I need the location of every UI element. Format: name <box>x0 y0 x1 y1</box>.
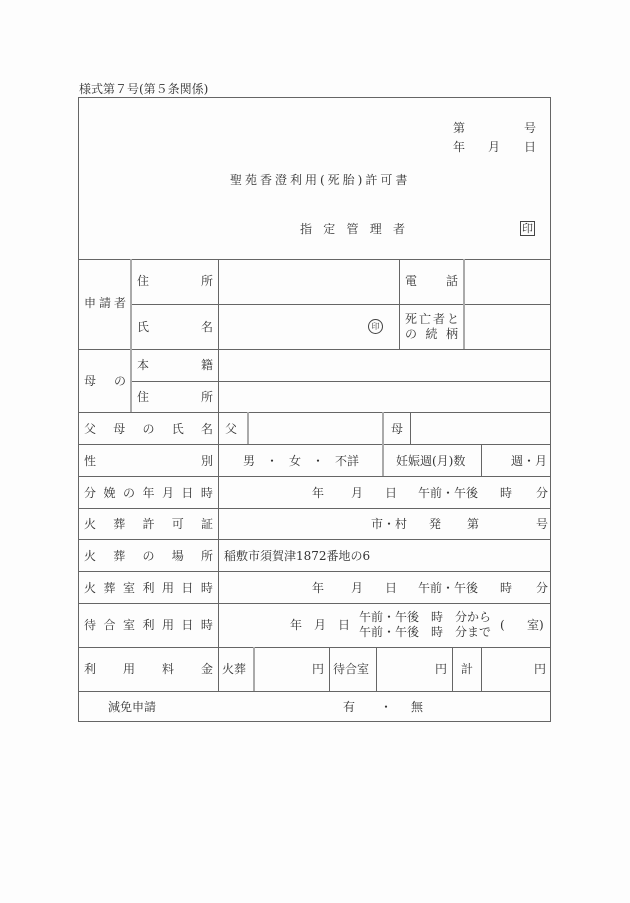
divider <box>78 412 551 413</box>
divider <box>410 412 411 444</box>
waiting-room-to[interactable]: 午前・午後 時 分まで <box>359 625 491 639</box>
applicant-phone-field[interactable] <box>467 262 549 302</box>
divider <box>452 647 453 691</box>
relation-field[interactable] <box>467 307 549 347</box>
divider <box>130 259 132 412</box>
sex-option-female[interactable]: 女 <box>289 454 301 468</box>
relation-label-line1: 死亡者と <box>405 312 461 326</box>
exemption-label: 減免申請 <box>108 700 156 714</box>
divider <box>78 603 551 604</box>
exemption-no[interactable]: 無 <box>411 700 423 714</box>
issuer-label: 指定管理者 <box>300 222 405 236</box>
fee-cremation-label: 火葬 <box>222 662 246 676</box>
permit-city-village[interactable]: 市・村 <box>371 517 407 531</box>
gestation-unit[interactable]: 週・月 <box>511 454 547 468</box>
divider <box>399 259 400 349</box>
cremation-room-datetime-label: 火葬室利用日時 <box>84 581 213 595</box>
applicant-address-label: 住所 <box>137 274 213 288</box>
applicant-name-field[interactable] <box>222 307 362 347</box>
applicant-address-field[interactable] <box>222 262 396 302</box>
applicant-seal-mark: 印 <box>368 319 383 334</box>
divider <box>131 381 551 382</box>
divider <box>253 647 255 691</box>
sex-label: 性別 <box>84 454 213 468</box>
fees-label: 利用料金 <box>84 662 213 676</box>
divider <box>463 259 465 349</box>
divider <box>376 647 377 691</box>
waiting-room-month[interactable]: 月 <box>314 618 326 632</box>
cremation-place-value: 稲敷市須賀津1872番地の6 <box>224 549 370 563</box>
cremation-room-year[interactable]: 年 <box>312 581 324 595</box>
delivery-month[interactable]: 月 <box>351 486 363 500</box>
sex-option-unknown[interactable]: 不詳 <box>335 454 359 468</box>
date-year: 年 <box>453 140 465 154</box>
permit-issued: 発 <box>429 517 441 531</box>
divider <box>78 259 551 260</box>
cremation-room-day[interactable]: 日 <box>385 581 397 595</box>
sex-option-male[interactable]: 男 <box>243 454 255 468</box>
cremation-room-ampm[interactable]: 午前・午後 <box>418 581 478 595</box>
cremation-permit-label: 火葬許可証 <box>84 517 213 531</box>
number-prefix: 第 <box>453 121 465 135</box>
divider <box>78 539 551 540</box>
gestation-label: 妊娠週(月)数 <box>396 454 465 468</box>
fee-waiting-room-field[interactable]: 円 <box>379 662 447 676</box>
delivery-year[interactable]: 年 <box>312 486 324 500</box>
delivery-minute[interactable]: 分 <box>536 486 548 500</box>
mother-domicile-field[interactable] <box>222 351 549 379</box>
divider <box>481 444 482 476</box>
divider <box>218 259 219 691</box>
mother-label: 母 <box>391 422 403 436</box>
divider <box>78 508 551 509</box>
cremation-room-month[interactable]: 月 <box>351 581 363 595</box>
waiting-room-year[interactable]: 年 <box>290 618 302 632</box>
delivery-hour[interactable]: 時 <box>500 486 512 500</box>
waiting-room-day[interactable]: 日 <box>338 618 350 632</box>
document-title: 聖苑香澄利用(死胎)許可書 <box>230 173 410 187</box>
fee-total-field[interactable]: 円 <box>484 662 546 676</box>
mother-group-label: 母の <box>84 374 126 388</box>
applicant-phone-label: 電話 <box>405 274 458 288</box>
applicant-name-label: 氏名 <box>137 320 213 334</box>
divider <box>131 304 551 305</box>
mother-name-field[interactable] <box>413 414 549 442</box>
divider <box>247 412 249 444</box>
cremation-room-hour[interactable]: 時 <box>500 581 512 595</box>
cremation-place-label: 火葬の場所 <box>84 549 213 563</box>
fee-cremation-field[interactable]: 円 <box>256 662 324 676</box>
father-label: 父 <box>225 422 237 436</box>
divider <box>382 412 384 476</box>
date-day: 日 <box>524 140 536 154</box>
waiting-room-datetime-label: 待合室利用日時 <box>84 618 213 632</box>
exemption-separator: ・ <box>380 700 392 714</box>
cremation-room-minute[interactable]: 分 <box>536 581 548 595</box>
mother-address-label: 住所 <box>137 390 213 404</box>
applicant-group-label: 申請者 <box>84 296 129 310</box>
permit-number-suffix: 号 <box>536 517 548 531</box>
permit-number-prefix: 第 <box>467 517 479 531</box>
date-month: 月 <box>488 140 500 154</box>
mother-domicile-label: 本籍 <box>137 358 213 372</box>
divider <box>78 349 551 350</box>
waiting-room-number-open: ( <box>500 618 505 632</box>
mother-address-field[interactable] <box>222 383 549 410</box>
waiting-room-from[interactable]: 午前・午後 時 分から <box>359 610 491 624</box>
relation-label-line2: の続柄 <box>405 327 458 341</box>
official-seal-mark: 印 <box>520 221 535 236</box>
divider <box>481 647 482 691</box>
waiting-room-number-close[interactable]: 室) <box>527 618 544 632</box>
exemption-yes[interactable]: 有 <box>343 700 355 714</box>
divider <box>78 691 551 692</box>
delivery-day[interactable]: 日 <box>385 486 397 500</box>
father-name-field[interactable] <box>250 414 380 442</box>
divider <box>78 571 551 572</box>
sex-options[interactable]: 男 ・ 女 ・ 不詳 <box>243 454 359 468</box>
divider <box>78 476 551 477</box>
parents-name-label: 父母の氏名 <box>84 422 213 436</box>
form-caption: 様式第７号(第５条関係) <box>79 80 208 97</box>
number-suffix: 号 <box>524 121 536 135</box>
delivery-datetime-label: 分娩の年月日時 <box>84 486 213 500</box>
divider <box>329 647 330 691</box>
fee-total-label: 計 <box>461 662 473 676</box>
fee-waiting-room-label: 待合室 <box>333 662 369 676</box>
delivery-ampm[interactable]: 午前・午後 <box>418 486 478 500</box>
